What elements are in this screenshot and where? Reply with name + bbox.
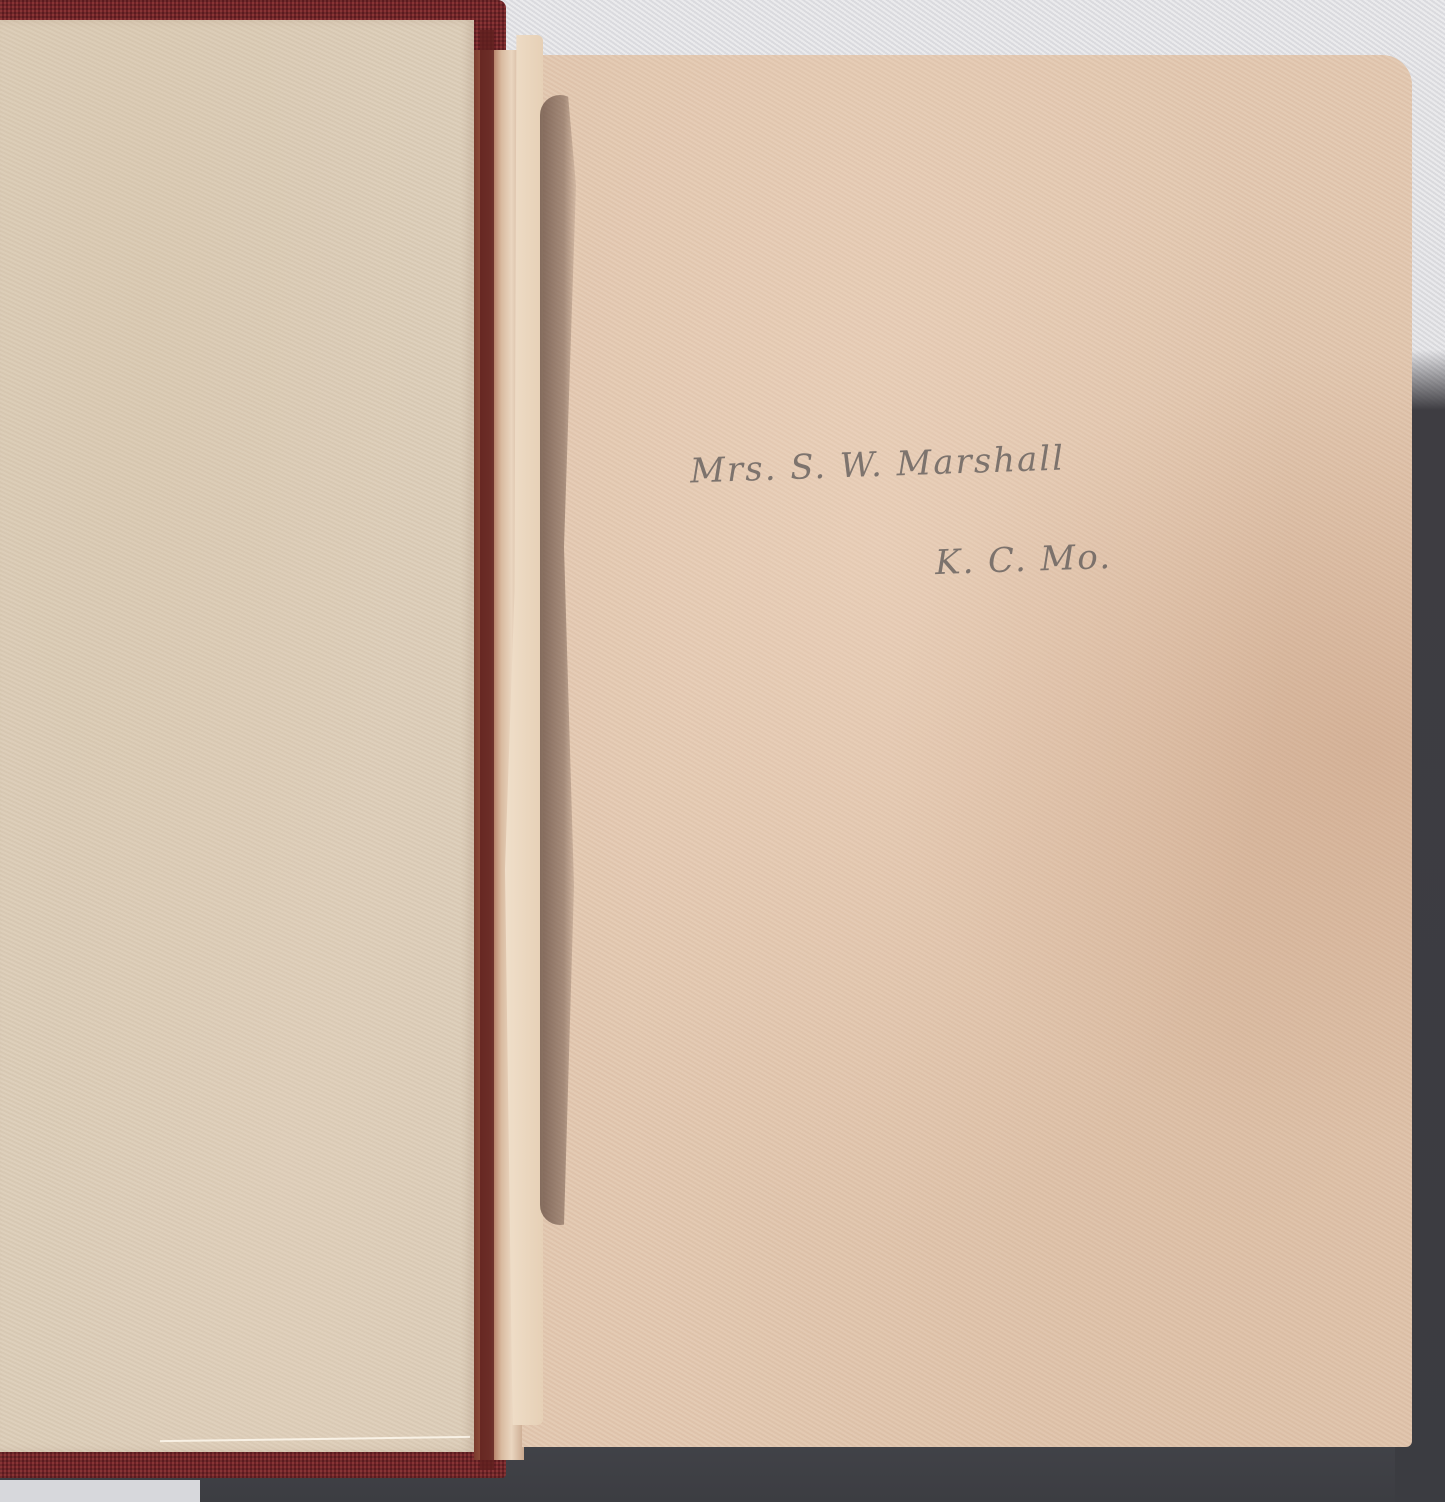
surface-lit-patch xyxy=(0,1480,200,1502)
flyleaf-page xyxy=(522,55,1412,1447)
photo-scene: Mrs. S. W. Marshall K. C. Mo. xyxy=(0,0,1445,1502)
paper-crease xyxy=(160,1436,470,1442)
exposed-spine-cloth xyxy=(480,30,494,1470)
pencil-inscription-place: K. C. Mo. xyxy=(934,537,1112,583)
front-pastedown-page xyxy=(0,20,474,1452)
